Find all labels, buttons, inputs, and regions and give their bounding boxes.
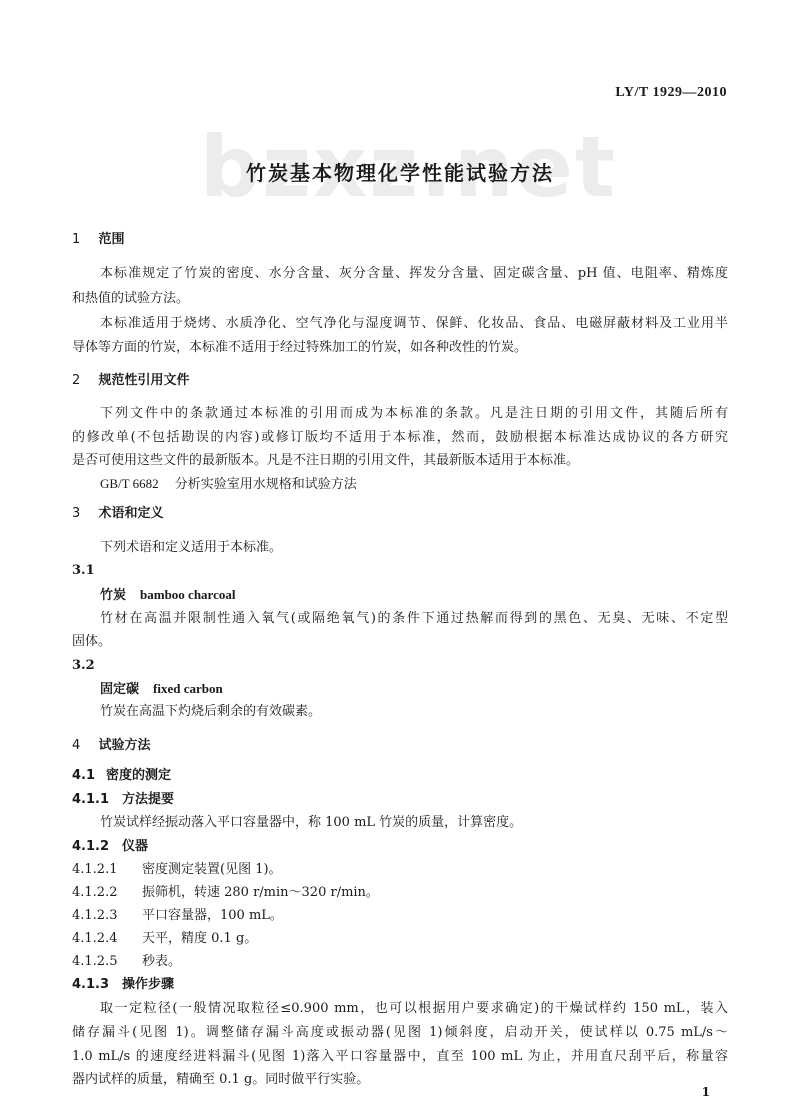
subsection-4-1-1-heading: 4.1.1方法提要 [72,791,174,809]
term-3-2-def: 竹炭在高温下灼烧后剩余的有效碳素。 [100,703,321,721]
section-title: 仪器 [122,839,148,854]
section-number: 4.1 [72,767,106,785]
apparatus-item: 4.1.2.1密度测定装置(见图 1)。 [72,861,282,879]
item-text: 秒表。 [142,954,181,969]
item-number: 4.1.2.1 [72,861,142,879]
term-en: fixed carbon [153,681,223,696]
apparatus-item: 4.1.2.5秒表。 [72,953,181,971]
normative-reference: GB/T 6682 分析实验室用水规格和试验方法 [100,475,357,494]
apparatus-item: 4.1.2.3平口容量器，100 mL。 [72,907,283,925]
s1-p2-line2: 导体等方面的竹炭，本标准不适用于经过特殊加工的竹炭，如各种改性的竹炭。 [72,339,527,357]
section-number: 1 [72,231,94,249]
s1-p1-line2: 和热值的试验方法。 [72,290,189,308]
section-number: 3 [72,505,94,523]
section-2-heading: 2 规范性引用文件 [72,372,190,390]
document-page: LY/T 1929—2010 bzxz.net 竹炭基本物理化学性能试验方法 1… [0,0,800,1120]
reference-code: GB/T 6682 [100,476,159,491]
section-title: 术语和定义 [99,506,164,521]
s1-p1-line1: 本标准规定了竹炭的密度、水分含量、灰分含量、挥发分含量、固定碳含量、pH 值、电… [100,265,728,283]
document-title: 竹炭基本物理化学性能试验方法 [0,157,800,186]
item-number: 4.1.2.3 [72,907,142,925]
section-3-heading: 3 术语和定义 [72,505,164,523]
subsection-4-1-2-heading: 4.1.2仪器 [72,838,148,856]
section-number: 4 [72,737,94,755]
section-title: 范围 [99,232,125,247]
s413-line3: 1.0 mL/s 的速度经进料漏斗(见图 1)落入平口容量器中，直至 100 m… [72,1048,728,1066]
term-3-2-number: 3.2 [72,657,95,675]
subsection-4-1-3-heading: 4.1.3操作步骤 [72,976,174,994]
s411-text: 竹炭试样经振动落入平口容量器中，称 100 mL 竹炭的质量，计算密度。 [100,814,522,832]
section-1-heading: 1 范围 [72,231,125,249]
item-text: 平口容量器，100 mL。 [142,908,283,923]
term-cn: 固定碳 [100,682,139,697]
section-number: 2 [72,372,94,390]
term-3-1-def-line2: 固体。 [72,633,111,651]
s2-p1-line2: 的修改单(不包括勘误的内容)或修订版均不适用于本标准，然而，鼓励根据本标准达成协… [72,429,728,447]
section-number: 4.1.3 [72,976,122,994]
term-en: bamboo charcoal [140,587,235,602]
s413-line1: 取一定粒径(一般情况取粒径≤0.900 mm，也可以根据用户要求确定)的干燥试样… [100,1000,728,1018]
term-3-1-entry: 竹炭bamboo charcoal [100,586,235,605]
section-title: 方法提要 [122,792,174,807]
item-text: 密度测定装置(见图 1)。 [142,862,282,877]
apparatus-item: 4.1.2.2振筛机，转速 280 r/min～320 r/min。 [72,884,379,902]
section-number: 4.1.1 [72,791,122,809]
term-3-2-entry: 固定碳fixed carbon [100,680,223,699]
item-text: 振筛机，转速 280 r/min～320 r/min。 [142,885,379,900]
s2-p1-line3: 是否可使用这些文件的最新版本。凡是不注日期的引用文件，其最新版本适用于本标准。 [72,452,579,470]
term-3-1-def-line1: 竹材在高温并限制性通入氧气(或隔绝氧气)的条件下通过热解而得到的黑色、无臭、无味… [100,610,728,628]
s1-p2-line1: 本标准适用于烧烤、水质净化、空气净化与湿度调节、保鲜、化妆品、食品、电磁屏蔽材料… [100,315,728,333]
term-3-1-number: 3.1 [72,562,95,580]
item-number: 4.1.2.4 [72,930,142,948]
item-number: 4.1.2.2 [72,884,142,902]
item-text: 天平，精度 0.1 g。 [142,931,257,946]
standard-code: LY/T 1929—2010 [615,85,727,101]
section-title: 试验方法 [99,738,151,753]
subsection-4-1-heading: 4.1密度的测定 [72,767,171,785]
section-title: 操作步骤 [122,977,174,992]
s2-p1-line1: 下列文件中的条款通过本标准的引用而成为本标准的条款。凡是注日期的引用文件，其随后… [100,405,728,423]
s413-line2: 储存漏斗(见图 1)。调整储存漏斗高度或振动器(见图 1)倾斜度，启动开关，使试… [72,1024,728,1042]
section-title: 密度的测定 [106,768,171,783]
s413-line4: 器内试样的质量，精确至 0.1 g。同时做平行实验。 [72,1071,369,1089]
reference-title: 分析实验室用水规格和试验方法 [175,477,357,492]
section-title: 规范性引用文件 [99,373,190,388]
s3-intro: 下列术语和定义适用于本标准。 [100,539,282,557]
section-4-heading: 4 试验方法 [72,737,151,755]
section-number: 4.1.2 [72,838,122,856]
apparatus-item: 4.1.2.4天平，精度 0.1 g。 [72,930,257,948]
term-cn: 竹炭 [100,588,126,603]
item-number: 4.1.2.5 [72,953,142,971]
page-number: 1 [702,1085,710,1099]
